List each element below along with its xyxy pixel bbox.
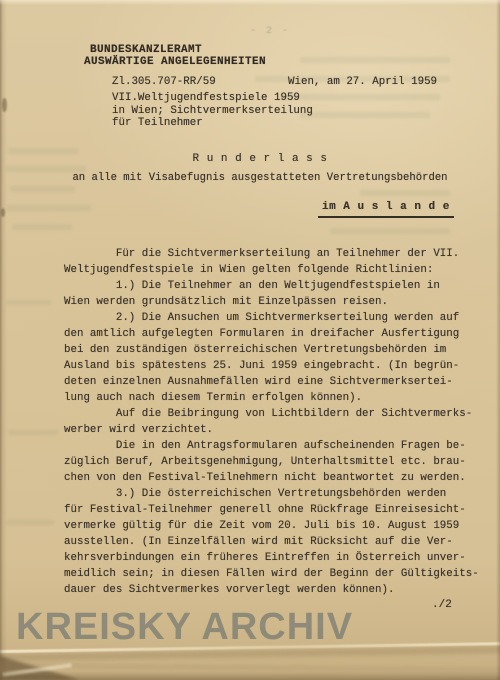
bleed-through-texture [12,224,72,230]
page-continuation-mark: ./2 [432,599,452,611]
addressee-emphasis-underlined: im A u s l a n d e [318,201,454,218]
bleed-through-texture [6,300,51,305]
subject-line: VII.Weltjugendfestspiele 1959 [112,92,300,104]
bleed-through-texture [330,228,450,234]
bleed-through-texture [10,186,75,192]
bleed-through-texture [6,520,54,525]
page-edge-right [496,0,500,680]
reference-number: Zl.305.707-RR/59 [112,76,216,88]
body-text: Für die Sichtvermerkserteilung an Teilne… [64,246,484,598]
archive-watermark: KREISKY ARCHIV [16,606,353,649]
subject-line: für Teilnehmer [112,117,203,129]
place-and-date: Wien, am 27. April 1959 [288,76,437,88]
office-name-line2: AUSWÄRTIGE ANGELEGENHEITEN [84,56,266,68]
document-title: R u n d e r l a s s [60,153,460,165]
scanned-document-page: - 2 - BUNDESKANZLERAMT AUSWÄRTIGE ANGELE… [0,0,500,680]
page-edge-left [0,0,7,680]
subject-line: in Wien; Sichtvermerkserteilung [112,105,313,117]
bleed-through-texture [6,205,91,211]
office-name-line1: BUNDESKANZLERAMT [90,44,202,56]
bleed-through-texture [8,430,58,435]
page-edge-top [0,0,500,5]
subject-block: VII.Weltjugendfestspiele 1959 in Wien; S… [112,92,313,130]
bleed-through-texture [300,57,450,63]
bleed-through-texture [300,112,430,118]
faint-page-number: - 2 - [250,26,290,37]
bleed-through-texture [360,190,450,196]
addressee-line: an alle mit Visabefugnis ausgestatteten … [60,172,460,184]
page-edge-bottom [0,671,500,680]
